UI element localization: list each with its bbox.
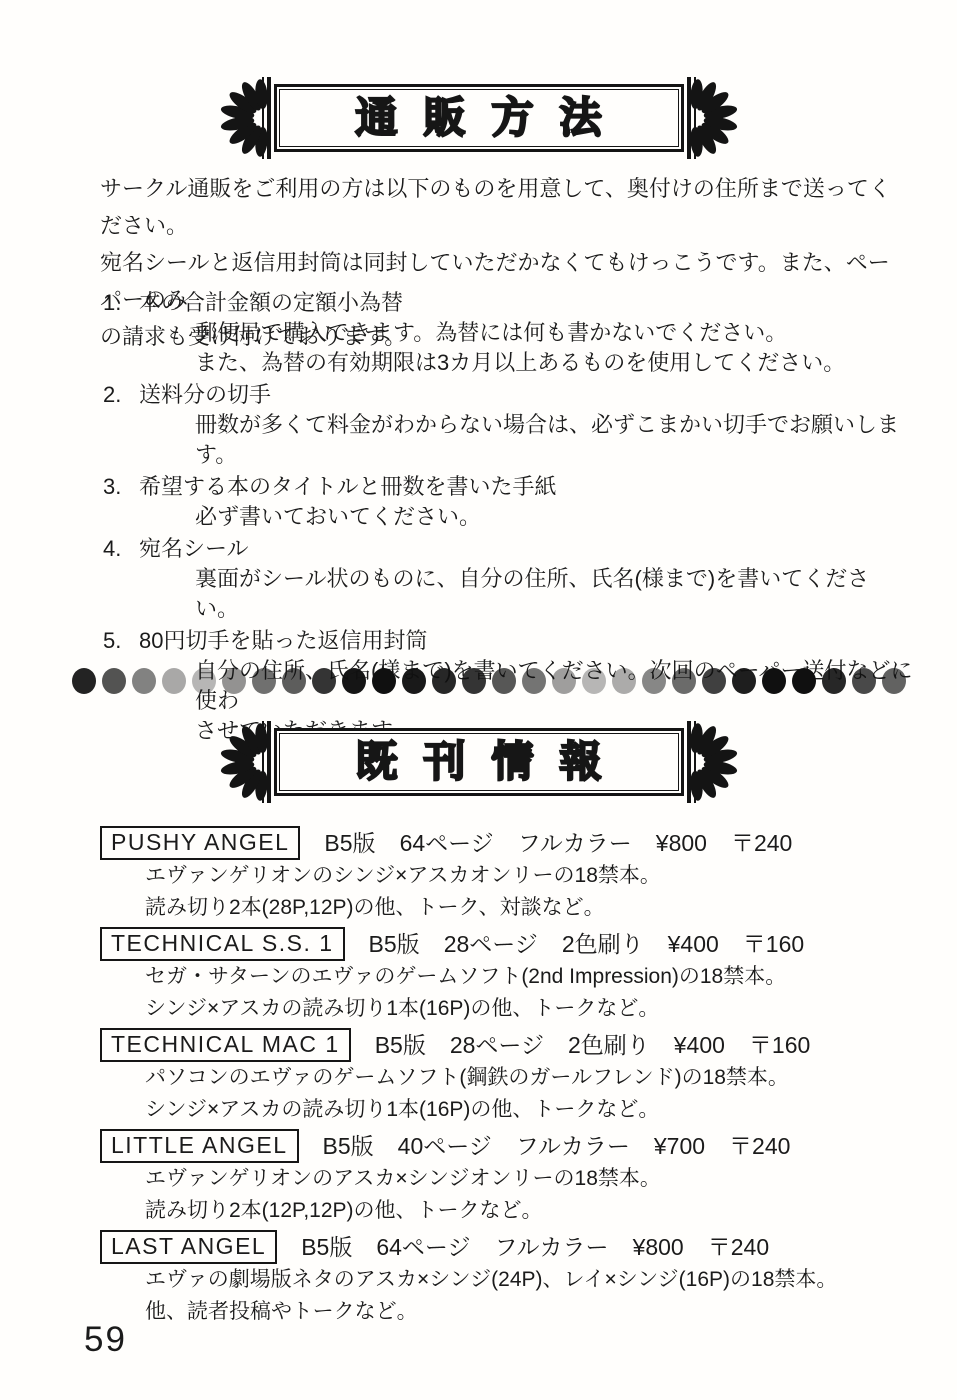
banner-back-issues: 既刊情報 (0, 720, 957, 804)
book-title: TECHNICAL MAC 1 (100, 1028, 351, 1062)
book-title: LITTLE ANGEL (100, 1129, 299, 1163)
book-description: パソコンのエヴァのゲームソフト(鋼鉄のガールフレンド)の18禁本。 (145, 1062, 910, 1094)
divider-dot (432, 668, 456, 694)
dotted-divider (72, 668, 918, 694)
book-pages: 64ページ (376, 1231, 470, 1263)
banner-mail-order: 通販方法 (0, 76, 957, 160)
book-description: 読み切り2本(12P,12P)の他、トークなど。 (145, 1195, 910, 1227)
fan-ornament-icon (218, 76, 272, 160)
scanned-doujinshi-page: 通販方法 サークル通販をご利用の方は以下のものを用意して、奥付けの住所まで送って… (0, 0, 957, 1400)
divider-dot (882, 668, 906, 694)
book-entry: LAST ANGEL B5版 64ページ フルカラー ¥800 〒240 エヴァ… (100, 1230, 910, 1328)
divider-dot (672, 668, 696, 694)
book-price: ¥800 (656, 827, 707, 859)
book-size: B5版 (369, 928, 420, 960)
divider-dot (582, 668, 606, 694)
divider-dot (552, 668, 576, 694)
book-description: 読み切り2本(28P,12P)の他、トーク、対談など。 (145, 892, 910, 924)
step-item: 1. 本の合計金額の定額小為替 郵便局で購入できます。為替には何も書かないでくだ… (103, 288, 913, 378)
book-title: PUSHY ANGEL (100, 826, 300, 860)
banner-title: 既刊情報 (329, 741, 627, 783)
book-size: B5版 (323, 1130, 374, 1162)
divider-dot (732, 668, 756, 694)
divider-dot (72, 668, 96, 694)
book-price: ¥400 (674, 1029, 725, 1061)
book-postage: 〒160 (749, 1029, 810, 1061)
book-size: B5版 (375, 1029, 426, 1061)
book-description: シンジ×アスカの読み切り1本(16P)の他、トークなど。 (145, 1094, 910, 1126)
book-price: ¥400 (668, 928, 719, 960)
divider-dot (222, 668, 246, 694)
book-description: セガ・サターンのエヴァのゲームソフト(2nd Impression)の18禁本。 (145, 961, 910, 993)
book-price: ¥800 (633, 1231, 684, 1263)
book-entry: LITTLE ANGEL B5版 40ページ フルカラー ¥700 〒240 エ… (100, 1129, 910, 1227)
divider-dot (282, 668, 306, 694)
page-number: 59 (84, 1320, 127, 1360)
step-item: 2. 送料分の切手 冊数が多くて料金がわからない場合は、必ずこまかい切手でお願い… (103, 380, 913, 470)
divider-dot (492, 668, 516, 694)
banner-box: 既刊情報 (274, 728, 684, 796)
divider-dot (462, 668, 486, 694)
book-description: 他、読者投稿やトークなど。 (145, 1296, 910, 1328)
banner-title: 通販方法 (329, 97, 627, 139)
step-title: 80円切手を貼った返信用封筒 (139, 626, 427, 656)
book-size: B5版 (324, 827, 375, 859)
book-entry: TECHNICAL S.S. 1 B5版 28ページ 2色刷り ¥400 〒16… (100, 927, 910, 1025)
book-pages: 64ページ (400, 827, 494, 859)
divider-dot (852, 668, 876, 694)
divider-dot (822, 668, 846, 694)
book-pages: 28ページ (444, 928, 538, 960)
book-entry: PUSHY ANGEL B5版 64ページ フルカラー ¥800 〒240 エヴ… (100, 826, 910, 924)
divider-dot (312, 668, 336, 694)
book-size: B5版 (301, 1231, 352, 1263)
step-detail: 冊数が多くて料金がわからない場合は、必ずこまかい切手でお願いします。 (195, 410, 913, 470)
divider-dot (702, 668, 726, 694)
book-description: エヴァの劇場版ネタのアスカ×シンジ(24P)、レイ×シンジ(16P)の18禁本。 (145, 1264, 910, 1296)
back-issues-list: PUSHY ANGEL B5版 64ページ フルカラー ¥800 〒240 エヴ… (100, 826, 910, 1331)
step-item: 4. 宛名シール 裏面がシール状のものに、自分の住所、氏名(様まで)を書いてくだ… (103, 534, 913, 624)
book-description: エヴァンゲリオンのアスカ×シンジオンリーの18禁本。 (145, 1163, 910, 1195)
divider-dot (612, 668, 636, 694)
step-detail: 必ず書いておいてください。 (195, 502, 913, 532)
book-pages: 40ページ (398, 1130, 492, 1162)
book-title: TECHNICAL S.S. 1 (100, 927, 345, 961)
divider-dot (372, 668, 396, 694)
book-entry: TECHNICAL MAC 1 B5版 28ページ 2色刷り ¥400 〒160… (100, 1028, 910, 1126)
book-color: 2色刷り (562, 928, 644, 960)
step-number: 5. (103, 626, 139, 656)
divider-dot (102, 668, 126, 694)
divider-dot (522, 668, 546, 694)
book-color: フルカラー (494, 1231, 608, 1263)
intro-line: サークル通販をご利用の方は以下のものを用意して、奥付けの住所まで送ってください。 (100, 170, 900, 244)
book-color: フルカラー (518, 827, 632, 859)
step-title: 希望する本のタイトルと冊数を書いた手紙 (139, 472, 557, 502)
book-description: エヴァンゲリオンのシンジ×アスカオンリーの18禁本。 (145, 860, 910, 892)
divider-dot (762, 668, 786, 694)
divider-dot (252, 668, 276, 694)
step-detail: また、為替の有効期限は3カ月以上あるものを使用してください。 (195, 348, 913, 378)
book-postage: 〒160 (743, 928, 804, 960)
divider-dot (132, 668, 156, 694)
banner-box-inner: 既刊情報 (279, 733, 679, 791)
divider-dot (162, 668, 186, 694)
book-pages: 28ページ (450, 1029, 544, 1061)
step-item: 3. 希望する本のタイトルと冊数を書いた手紙 必ず書いておいてください。 (103, 472, 913, 532)
step-title: 本の合計金額の定額小為替 (139, 288, 403, 318)
book-color: 2色刷り (568, 1029, 650, 1061)
step-number: 2. (103, 380, 139, 410)
divider-dot (402, 668, 426, 694)
step-title: 送料分の切手 (139, 380, 271, 410)
book-postage: 〒240 (729, 1130, 790, 1162)
book-color: フルカラー (516, 1130, 630, 1162)
book-postage: 〒240 (708, 1231, 769, 1263)
banner-box: 通販方法 (274, 84, 684, 152)
divider-dot (192, 668, 216, 694)
step-number: 1. (103, 288, 139, 318)
book-description: シンジ×アスカの読み切り1本(16P)の他、トークなど。 (145, 993, 910, 1025)
book-title: LAST ANGEL (100, 1230, 277, 1264)
fan-ornament-icon (686, 720, 740, 804)
book-price: ¥700 (654, 1130, 705, 1162)
step-detail: 郵便局で購入できます。為替には何も書かないでください。 (195, 318, 913, 348)
step-title: 宛名シール (139, 534, 249, 564)
divider-dot (342, 668, 366, 694)
banner-box-inner: 通販方法 (279, 89, 679, 147)
fan-ornament-icon (686, 76, 740, 160)
divider-dot (642, 668, 666, 694)
step-detail: 裏面がシール状のものに、自分の住所、氏名(様まで)を書いてください。 (195, 564, 913, 624)
book-postage: 〒240 (731, 827, 792, 859)
divider-dot (792, 668, 816, 694)
fan-ornament-icon (218, 720, 272, 804)
step-number: 3. (103, 472, 139, 502)
step-number: 4. (103, 534, 139, 564)
